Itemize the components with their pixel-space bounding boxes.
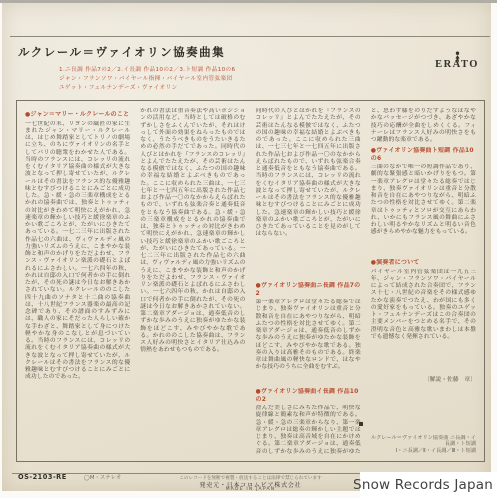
album-title: ルクレール＝ヴァイオリン協奏曲集 [18,44,225,60]
conductor-orchestra-line: ジャン・フランソワ・パイヤール指揮・パイヤール室内管弦楽団 [59,74,232,82]
notes-paragraph: 一七世紀の末、リヨンの織匠の家に生まれたジャン・マリー・ルクレールは、はじめ舞踏… [25,121,130,455]
section-heading: ●ヴァイオリン協奏曲ニ長調 作品7の2 [256,282,361,297]
end-of-article-mark [359,422,363,426]
watermark-text: Snow Records Japan [353,477,493,493]
notes-paragraph: と、思わず膝をのりだすようなはなやかなパッセージがつづき、あざやかな技巧の応酬が… [371,108,476,144]
notes-paragraph: 第一楽章アレグロは堂々たる総奏ではじまり、独奏ヴァイオリンは重音と分散和音を自在… [256,299,361,385]
notes-paragraph: パイヤール室内管弦楽団は一九五三年、ジャン・フランソワ・パイヤールによって結成さ… [371,269,476,373]
section-heading: ●演奏者について [371,259,476,267]
header-rule [10,36,490,37]
sleeve-photo: ルクレール＝ヴァイオリン協奏曲集 1.ニ長調 作品7の2／2.イ長調 作品10の… [0,0,497,498]
soloist-line: ユゲット・フェルナンデーズ・ヴァイオリン [59,83,178,91]
notes-paragraph: 澄んだ美しさにみちた作品で、明快な旋律線と簡素な和声が特徴的である。急・緩・急の… [256,405,361,454]
notes-column-4: と、思わず膝をのりだすようなはなやかなパッセージがつづき、あざやかな技巧の応酬が… [371,108,476,454]
notes-column-3: 同時代の人びとはかれを『フランスのコレッリ』とよんでたたえたが、その芸術はたんな… [256,108,361,454]
notes-paragraph: 同時代の人びとはかれを『フランスのコレッリ』とよんでたたえたが、その芸術はたんな… [256,108,361,279]
section-heading: ●ジャン＝マリー・ルクレールのこと [25,111,130,119]
erato-cherub-icon [452,49,463,68]
section-heading: ●ヴァイオリン協奏曲ト短調 作品10の6 [371,147,476,162]
liner-notes-box: ●ジャン＝マリー・ルクレールのこと一七世紀の末、リヨンの織匠の家に生まれたジャン… [16,100,485,462]
notes-paragraph: 三曲のなかで唯一の短調作品であり、劇的な緊張感と暗いかげりをもつ。第一楽章アレグ… [371,164,476,256]
record-sleeve-back: ルクレール＝ヴァイオリン協奏曲集 1.ニ長調 作品7の2／2.イ長調 作品10の… [2,3,491,491]
notes-paragraph: かれの書法は重音奏法や高いポジションの活用など、当時としては破格のむずかしさをふ… [140,108,245,454]
writer-credit: 〔解説・佐藤 章〕 [371,376,476,384]
watermark-strip: Snow Records Japan [360,472,497,498]
track-listing-line: 1.ニ長調 作品7の2／2.イ長調 作品10の2／3.ト短調 作品10の6 [59,65,236,73]
section-heading: ●ヴァイオリン協奏曲イ長調 作品10の2 [256,388,361,403]
notes-column-2: かれの書法は重音奏法や高いポジションの活用など、当時としては破格のむずかしさをふ… [140,108,245,454]
bottom-note: ルクレール＝ヴァイオリン協奏曲 ニ長調・イ長調・ト短調 Ⅰ・ニ長調／Ⅱ・イ長調／… [371,435,476,455]
notes-column-1: ●ジャン＝マリー・ルクレールのこと一七世紀の末、リヨンの織匠の家に生まれたジャン… [25,108,130,454]
erato-logo: ERATO [430,53,484,77]
